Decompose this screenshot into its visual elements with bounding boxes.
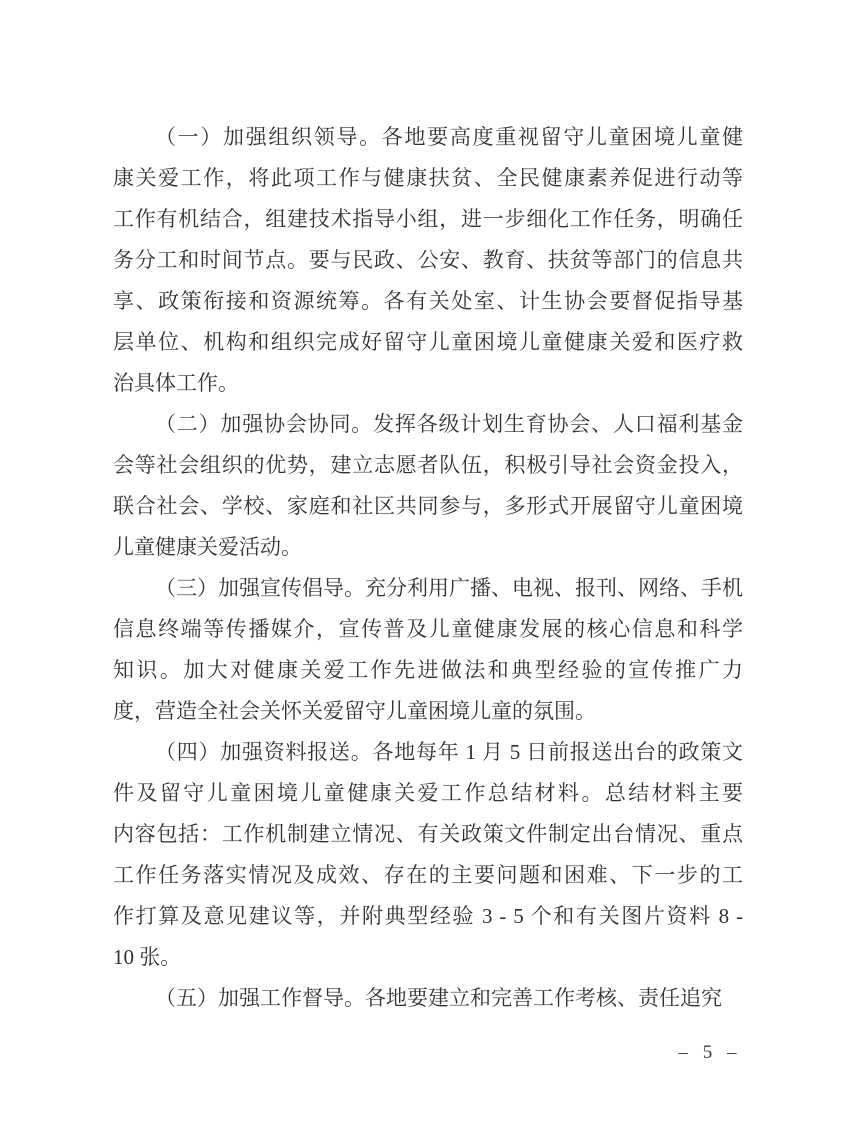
text-line: 作打算及意见建议等，并附典型经验 3 - 5 个和有关图片资料 8 - [113,896,743,937]
text-line: 儿童健康关爱活动。 [113,527,743,568]
text-line: 内容包括：工作机制建立情况、有关政策文件制定出台情况、重点 [113,814,743,855]
text-line: （二）加强协会协同。发挥各级计划生育协会、人口福利基金 [113,404,743,445]
document-page: （一）加强组织领导。各地要高度重视留守儿童困境儿童健康关爱工作，将此项工作与健康… [0,0,850,1146]
text-line: （五）加强工作督导。各地要建立和完善工作考核、责任追究 [113,978,743,1019]
document-body: （一）加强组织领导。各地要高度重视留守儿童困境儿童健康关爱工作，将此项工作与健康… [113,117,743,1019]
text-line: 享、政策衔接和资源统筹。各有关处室、计生协会要督促指导基 [113,281,743,322]
text-line: 10 张。 [113,937,743,978]
text-line: 知识。加大对健康关爱工作先进做法和典型经验的宣传推广力 [113,650,743,691]
text-line: 会等社会组织的优势，建立志愿者队伍，积极引导社会资金投入， [113,445,743,486]
text-line: 信息终端等传播媒介，宣传普及儿童健康发展的核心信息和科学 [113,609,743,650]
para-5: （五）加强工作督导。各地要建立和完善工作考核、责任追究 [113,978,743,1019]
text-line: 联合社会、学校、家庭和社区共同参与，多形式开展留守儿童困境 [113,486,743,527]
text-line: 康关爱工作，将此项工作与健康扶贫、全民健康素养促进行动等 [113,158,743,199]
text-line: 件及留守儿童困境儿童健康关爱工作总结材料。总结材料主要 [113,773,743,814]
page-number: – 5 – [660,1038,760,1068]
text-line: （三）加强宣传倡导。充分利用广播、电视、报刊、网络、手机 [113,568,743,609]
para-4: （四）加强资料报送。各地每年 1 月 5 日前报送出台的政策文件及留守儿童困境儿… [113,732,743,978]
text-line: （一）加强组织领导。各地要高度重视留守儿童困境儿童健 [113,117,743,158]
text-line: 工作有机结合，组建技术指导小组，进一步细化工作任务，明确任 [113,199,743,240]
text-line: 度，营造全社会关怀关爱留守儿童困境儿童的氛围。 [113,691,743,732]
para-1: （一）加强组织领导。各地要高度重视留守儿童困境儿童健康关爱工作，将此项工作与健康… [113,117,743,404]
para-2: （二）加强协会协同。发挥各级计划生育协会、人口福利基金会等社会组织的优势，建立志… [113,404,743,568]
text-line: 务分工和时间节点。要与民政、公安、教育、扶贫等部门的信息共 [113,240,743,281]
text-line: 治具体工作。 [113,363,743,404]
text-line: 层单位、机构和组织完成好留守儿童困境儿童健康关爱和医疗救 [113,322,743,363]
text-line: （四）加强资料报送。各地每年 1 月 5 日前报送出台的政策文 [113,732,743,773]
para-3: （三）加强宣传倡导。充分利用广播、电视、报刊、网络、手机信息终端等传播媒介，宣传… [113,568,743,732]
text-line: 工作任务落实情况及成效、存在的主要问题和困难、下一步的工 [113,855,743,896]
